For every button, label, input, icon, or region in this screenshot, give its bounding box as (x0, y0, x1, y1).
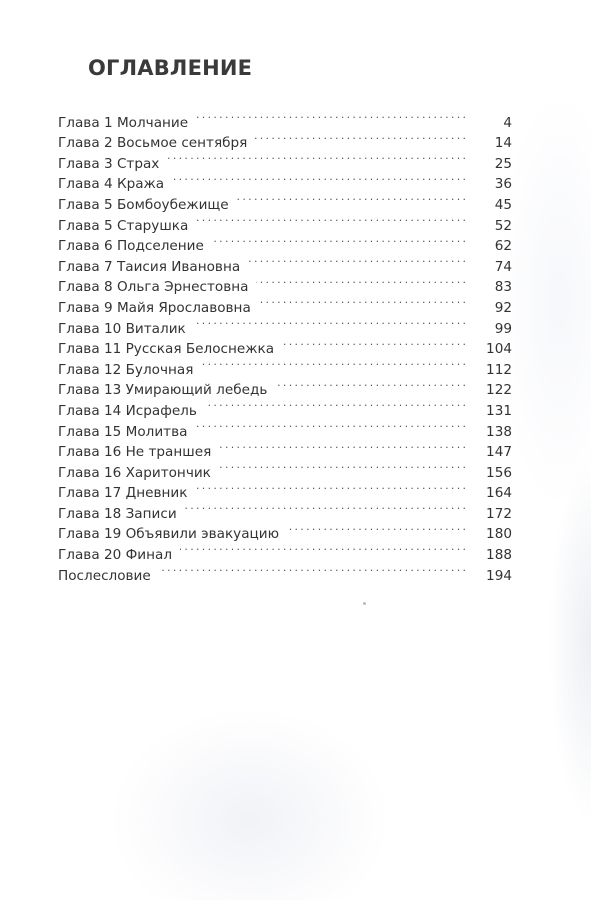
paper-speck (363, 602, 366, 605)
toc-entry-label: Глава 16 Не траншея (58, 442, 211, 463)
dot-leader (195, 414, 466, 435)
toc-entry-label: Глава 8 Ольга Эрнестовна (58, 277, 248, 298)
toc-entry-label: Послесловие (58, 566, 151, 587)
dot-leader (195, 476, 466, 497)
dot-leader (180, 537, 466, 558)
toc-entry-page-number: 188 (478, 545, 512, 566)
toc-entry-page-number: 147 (478, 442, 512, 463)
dot-leader (201, 352, 466, 373)
dot-leader (172, 167, 466, 188)
dot-leader (275, 373, 466, 394)
dot-leader (205, 393, 466, 414)
toc-entry-page-number: 14 (478, 133, 512, 154)
toc-entry-page-number: 83 (478, 277, 512, 298)
dot-leader (159, 558, 466, 579)
toc-entry-label: Глава 17 Дневник (58, 483, 187, 504)
toc-entry-label: Глава 12 Булочная (58, 360, 193, 381)
toc-entry-page-number: 92 (478, 298, 512, 319)
dot-leader (219, 455, 466, 476)
toc-entry-page-number: 62 (478, 236, 512, 257)
dot-leader (256, 270, 466, 291)
dot-leader (185, 496, 466, 517)
toc-entry-page-number: 194 (478, 566, 512, 587)
dot-leader (219, 435, 466, 456)
dot-leader (196, 208, 466, 229)
toc-list: Глава 1 Молчание 4 Глава 2 Восьмое сентя… (58, 106, 512, 580)
toc-entry-label: Глава 3 Страх (58, 154, 159, 175)
toc-entry-page-number: 45 (478, 195, 512, 216)
toc-entry-page-number: 122 (478, 380, 512, 401)
toc-entry-label: Глава 4 Кража (58, 174, 164, 195)
toc-entry-page-number: 52 (478, 216, 512, 237)
toc-entry-page-number: 164 (478, 483, 512, 504)
toc-entry-page-number: 74 (478, 257, 512, 278)
toc-entry-page-number: 172 (478, 504, 512, 525)
toc-entry-page-number: 156 (478, 463, 512, 484)
toc-entry-label: Глава 1 Молчание (58, 113, 188, 134)
toc-entry-page-number: 25 (478, 154, 512, 175)
dot-leader (167, 146, 466, 167)
dot-leader (248, 249, 466, 270)
toc-entry-label: Глава 10 Виталик (58, 319, 186, 340)
toc-entry-label: Глава 16 Харитончик (58, 463, 211, 484)
dot-leader (287, 517, 466, 538)
dot-leader (282, 332, 466, 353)
toc-entry[interactable]: Глава 1 Молчание 4 (58, 106, 512, 127)
dot-leader (196, 105, 466, 126)
toc-entry-page-number: 36 (478, 174, 512, 195)
toc-entry-page-number: 180 (478, 524, 512, 545)
dot-leader (194, 311, 466, 332)
toc-entry-label: Глава 20 Финал (58, 545, 172, 566)
toc-entry-label: Глава 6 Подселение (58, 236, 204, 257)
dot-leader (212, 229, 466, 250)
toc-entry-label: Глава 14 Исрафель (58, 401, 197, 422)
toc-title: ОГЛАВЛЕНИЕ (88, 56, 252, 80)
toc-entry-label: Глава 5 Старушка (58, 216, 188, 237)
toc-entry-label: Глава 15 Молитва (58, 422, 187, 443)
book-page: ОГЛАВЛЕНИЕ Глава 1 Молчание 4 Глава 2 Во… (0, 0, 591, 900)
toc-entry-page-number: 138 (478, 422, 512, 443)
dot-leader (259, 290, 466, 311)
toc-entry-page-number: 131 (478, 401, 512, 422)
toc-entry-page-number: 104 (478, 339, 512, 360)
dot-leader (255, 126, 466, 147)
dot-leader (237, 187, 466, 208)
toc-entry-page-number: 99 (478, 319, 512, 340)
toc-entry-label: Глава 18 Записи (58, 504, 177, 525)
toc-entry-page-number: 112 (478, 360, 512, 381)
toc-entry-page-number: 4 (478, 113, 512, 134)
toc-entry-label: Глава 7 Таисия Ивановна (58, 257, 240, 278)
